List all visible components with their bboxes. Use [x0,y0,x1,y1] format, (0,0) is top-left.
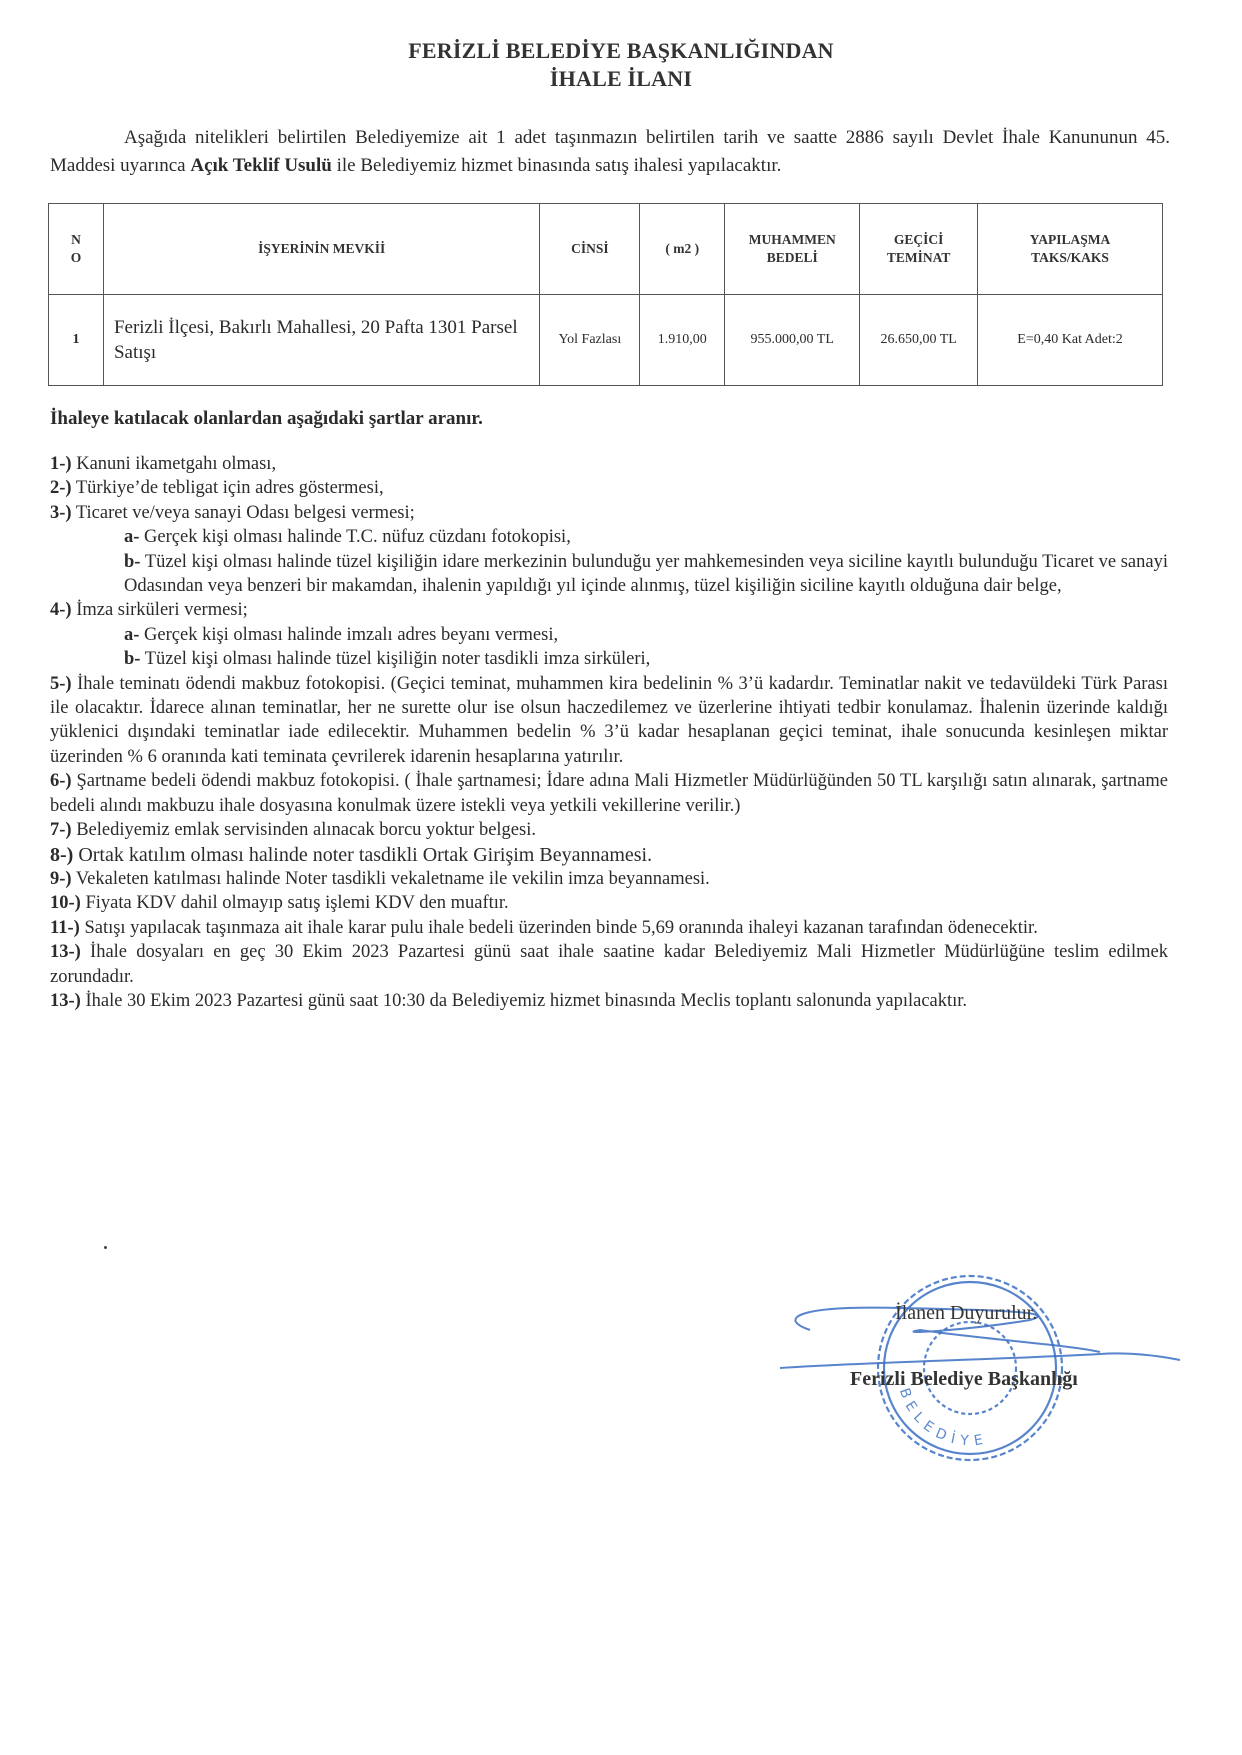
condition-item: 3-) Ticaret ve/veya sanayi Odası belgesi… [50,501,1168,525]
condition-item: 8-) Ortak katılım olması halinde noter t… [50,843,1168,867]
issuer-title: FERİZLİ BELEDİYE BAŞKANLIĞINDAN [0,38,1242,64]
table-row: 1 Ferizli İlçesi, Bakırlı Mahallesi, 20 … [49,295,1163,386]
condition-label: 7-) [50,820,72,840]
condition-text: Ticaret ve/veya sanayi Odası belgesi ver… [72,503,415,523]
conditions-heading: İhaleye katılacak olanlardan aşağıdaki ş… [50,408,483,430]
cell-zoning: E=0,40 Kat Adet:2 [978,295,1163,386]
condition-item: 1-) Kanuni ikametgahı olması, [50,452,1168,476]
col-header-area: ( m2 ) [640,204,725,295]
condition-item: b- Tüzel kişi olması halinde tüzel kişil… [50,550,1168,599]
condition-item: 5-) İhale teminatı ödendi makbuz fotokop… [50,672,1168,770]
condition-text: İhale teminatı ödendi makbuz fotokopisi.… [50,674,1168,767]
condition-text: İmza sirküleri vermesi; [72,600,248,620]
condition-label: 10-) [50,893,81,913]
intro-bold-method: Açık Teklif Usulü [190,155,332,176]
condition-label: 4-) [50,600,72,620]
condition-label: 13-) [50,942,81,962]
condition-text: Tüzel kişi olması halinde tüzel kişiliği… [124,552,1168,596]
scan-speck [104,1246,107,1249]
condition-text: Gerçek kişi olması halinde imzalı adres … [139,625,558,645]
condition-text: Ortak katılım olması halinde noter tasdi… [73,844,652,866]
cell-estimated-price: 955.000,00 TL [725,295,860,386]
table-header-row: NO İŞYERİNİN MEVKİİ CİNSİ ( m2 ) MUHAMME… [49,204,1163,295]
intro-paragraph: Aşağıda nitelikleri belirtilen Belediyem… [50,124,1170,180]
cell-area: 1.910,00 [640,295,725,386]
col-header-deposit: GEÇİCİTEMİNAT [860,204,978,295]
announcement-closing: İlanen Duyurulur. [895,1302,1037,1325]
condition-text: Fiyata KDV dahil olmayıp satış işlemi KD… [81,893,509,913]
col-header-zoning: YAPILAŞMATAKS/KAKS [978,204,1163,295]
condition-label: a- [124,527,139,547]
condition-label: 13-) [50,991,81,1011]
condition-text: Satışı yapılacak taşınmaza ait ihale kar… [80,918,1038,938]
condition-label: 9-) [50,869,72,889]
condition-label: b- [124,649,140,669]
condition-item: a- Gerçek kişi olması halinde T.C. nüfuz… [50,525,1168,549]
condition-label: 5-) [50,674,72,694]
property-table: NO İŞYERİNİN MEVKİİ CİNSİ ( m2 ) MUHAMME… [48,203,1163,386]
condition-text: Şartname bedeli ödendi makbuz fotokopisi… [50,771,1168,815]
condition-text: Kanuni ikametgahı olması, [72,454,277,474]
issuer-signature: Ferizli Belediye Başkanlığı [850,1368,1078,1391]
condition-item: 13-) İhale dosyaları en geç 30 Ekim 2023… [50,940,1168,989]
col-header-type: CİNSİ [540,204,640,295]
condition-text: Tüzel kişi olması halinde tüzel kişiliği… [140,649,650,669]
cell-location: Ferizli İlçesi, Bakırlı Mahallesi, 20 Pa… [103,295,539,386]
condition-item: 7-) Belediyemiz emlak servisinden alınac… [50,818,1168,842]
condition-text: Belediyemiz emlak servisinden alınacak b… [72,820,536,840]
condition-label: 6-) [50,771,72,791]
col-header-location: İŞYERİNİN MEVKİİ [103,204,539,295]
intro-text-end: ile Belediyemiz hizmet binasında satış i… [332,155,782,176]
condition-text: Gerçek kişi olması halinde T.C. nüfuz cü… [139,527,570,547]
condition-label: 8-) [50,844,73,866]
condition-label: 1-) [50,454,72,474]
condition-item: 9-) Vekaleten katılması halinde Noter ta… [50,867,1168,891]
condition-item: 10-) Fiyata KDV dahil olmayıp satış işle… [50,891,1168,915]
col-header-estimated-price: MUHAMMENBEDELİ [725,204,860,295]
condition-text: Vekaleten katılması halinde Noter tasdik… [72,869,710,889]
condition-label: b- [124,552,140,572]
condition-item: 6-) Şartname bedeli ödendi makbuz fotoko… [50,769,1168,818]
condition-text: İhale dosyaları en geç 30 Ekim 2023 Paza… [50,942,1168,986]
condition-item: 4-) İmza sirküleri vermesi; [50,598,1168,622]
col-header-no: NO [49,204,104,295]
conditions-list: 1-) Kanuni ikametgahı olması,2-) Türkiye… [50,452,1168,1013]
cell-type: Yol Fazlası [540,295,640,386]
document-title: İHALE İLANI [0,66,1242,92]
cell-no: 1 [49,295,104,386]
condition-label: 2-) [50,478,72,498]
cell-deposit: 26.650,00 TL [860,295,978,386]
condition-item: b- Tüzel kişi olması halinde tüzel kişil… [50,647,1168,671]
condition-item: a- Gerçek kişi olması halinde imzalı adr… [50,623,1168,647]
condition-label: 3-) [50,503,72,523]
condition-label: a- [124,625,139,645]
condition-item: 13-) İhale 30 Ekim 2023 Pazartesi günü s… [50,989,1168,1013]
condition-label: 11-) [50,918,80,938]
condition-item: 11-) Satışı yapılacak taşınmaza ait ihal… [50,916,1168,940]
condition-item: 2-) Türkiye’de tebligat için adres göste… [50,476,1168,500]
condition-text: İhale 30 Ekim 2023 Pazartesi günü saat 1… [81,991,967,1011]
tender-announcement-page: FERİZLİ BELEDİYE BAŞKANLIĞINDAN İHALE İL… [0,0,1242,1755]
condition-text: Türkiye’de tebligat için adres göstermes… [72,478,384,498]
